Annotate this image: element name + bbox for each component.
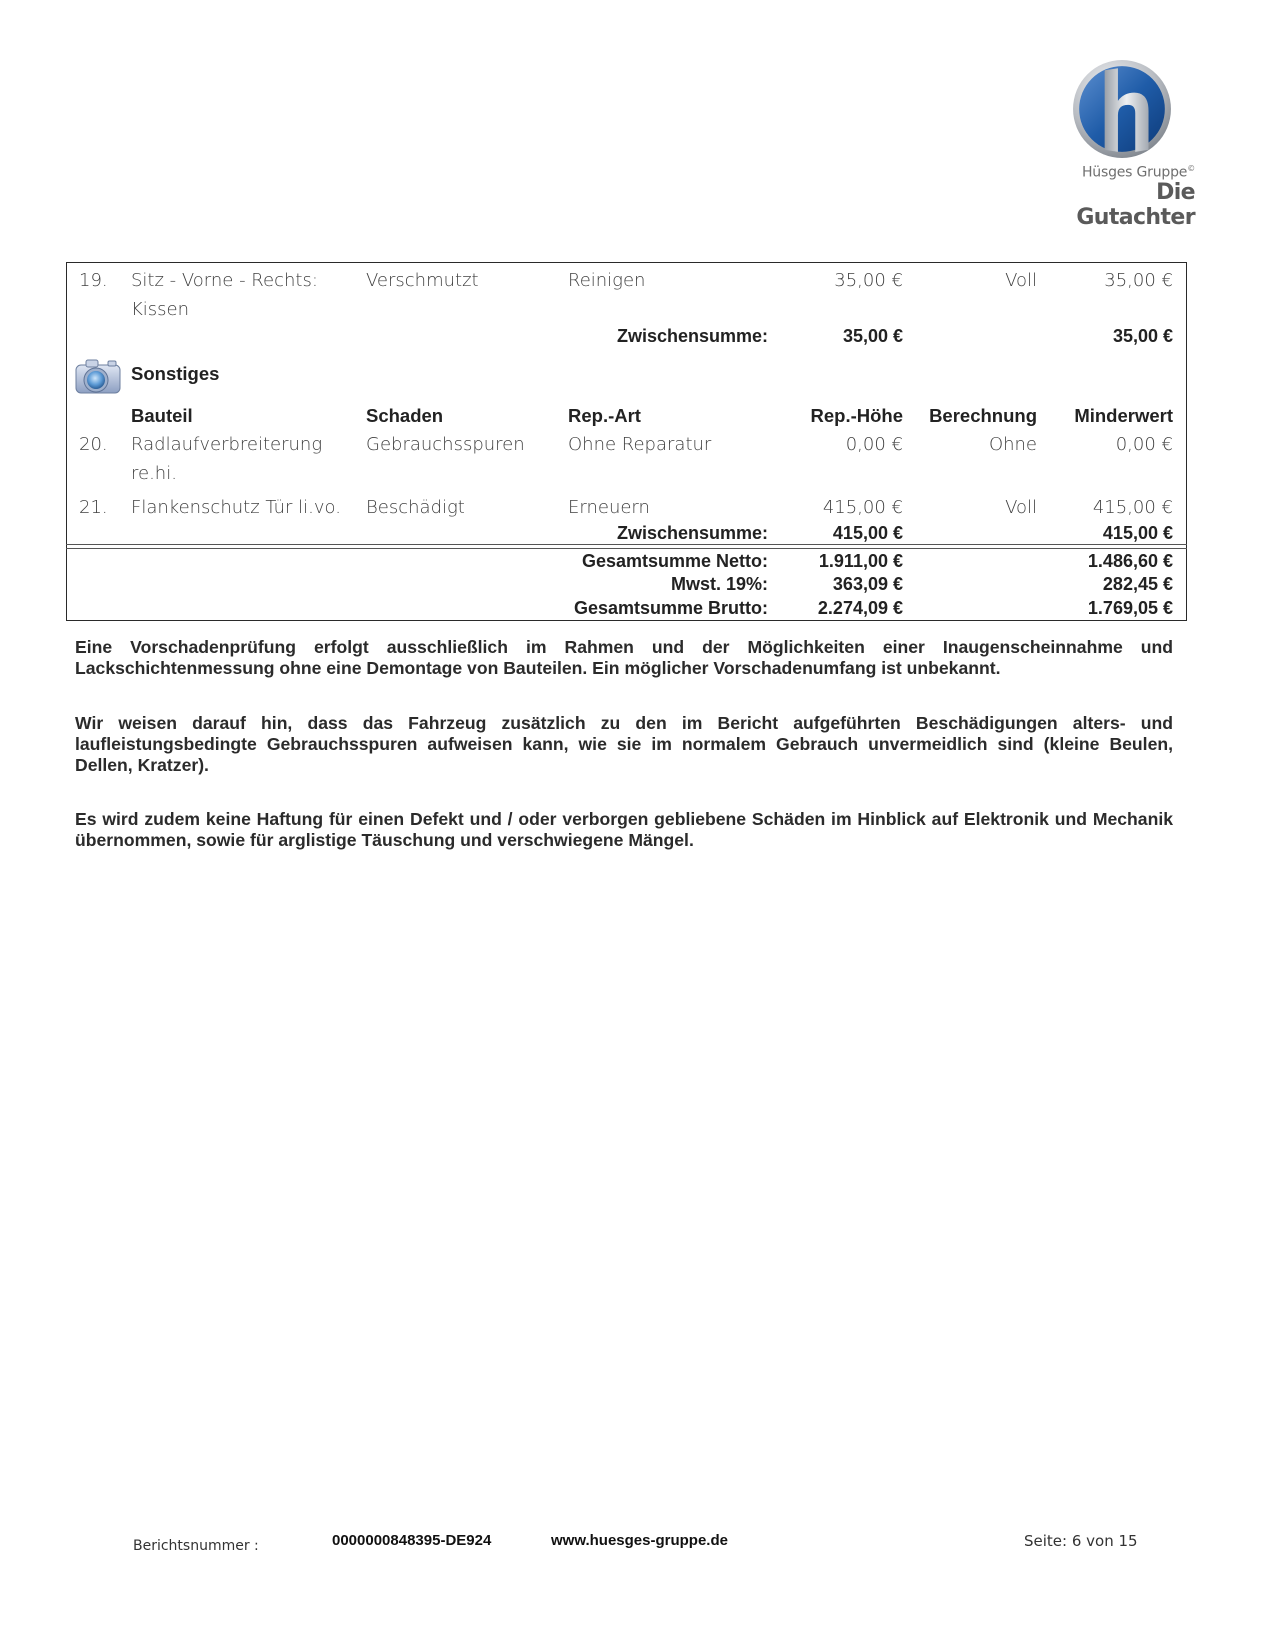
mwst-minderwert: 282,45 €: [1040, 573, 1173, 595]
disclaimer-liability: Es wird zudem keine Haftung für einen De…: [75, 809, 1173, 851]
huesges-h-logo-icon: [1071, 58, 1173, 160]
total-netto-minderwert: 1.486,60 €: [1040, 550, 1173, 572]
minderwert: 415,00 €: [1040, 493, 1173, 522]
page-number: Seite: 6 von 15: [1024, 1532, 1138, 1550]
camera-icon: [74, 356, 122, 396]
total-netto-rep-hoehe: 1.911,00 €: [770, 550, 903, 572]
totals-separator: [66, 544, 1187, 549]
subtotal-minderwert: 35,00 €: [1040, 325, 1173, 347]
report-number: 0000000848395-DE924: [332, 1532, 491, 1549]
column-header-rep-art: Rep.-Art: [568, 401, 641, 430]
section-title: Sonstiges: [131, 361, 219, 387]
bauteil: Sitz - Vorne - Rechts:: [131, 266, 318, 295]
logo-company-line: Hüsges Gruppe: [1082, 165, 1187, 181]
mwst-label: Mwst. 19%:: [500, 573, 768, 595]
subtotal-minderwert: 415,00 €: [1040, 522, 1173, 544]
schaden: Verschmutzt: [366, 266, 479, 295]
column-header-rep-hoehe: Rep.-Höhe: [770, 401, 903, 430]
disclaimer-prior-damage: Eine Vorschadenprüfung erfolgt ausschlie…: [75, 637, 1173, 679]
total-brutto-label: Gesamtsumme Brutto:: [500, 597, 768, 619]
logo-tagline: Die Gutachter: [1039, 180, 1195, 230]
schaden: Beschädigt: [366, 493, 465, 522]
rep-hoehe: 35,00 €: [770, 266, 903, 295]
copyright-mark: ©: [1187, 164, 1195, 173]
berechnung: Voll: [910, 493, 1037, 522]
row-number: 19.: [79, 266, 108, 295]
rep-art: Erneuern: [568, 493, 650, 522]
subtotal-rep-hoehe: 415,00 €: [770, 522, 903, 544]
column-header-berechnung: Berechnung: [905, 401, 1037, 430]
column-header-minderwert: Minderwert: [1040, 401, 1173, 430]
rep-hoehe: 0,00 €: [770, 430, 903, 459]
bauteil: Flankenschutz Tür li.vo.: [131, 493, 341, 522]
total-brutto-rep-hoehe: 2.274,09 €: [770, 597, 903, 619]
rep-hoehe: 415,00 €: [770, 493, 903, 522]
bauteil-continued: Kissen: [131, 295, 189, 324]
subtotal-label: Zwischensumme:: [520, 522, 768, 544]
column-header-schaden: Schaden: [366, 401, 443, 430]
rep-art: Ohne Reparatur: [568, 430, 711, 459]
website-link[interactable]: www.huesges-gruppe.de: [551, 1532, 728, 1549]
total-netto-label: Gesamtsumme Netto:: [500, 550, 768, 572]
rep-art: Reinigen: [568, 266, 645, 295]
minderwert: 0,00 €: [1040, 430, 1173, 459]
berechnung: Voll: [910, 266, 1037, 295]
row-number: 20.: [79, 430, 108, 459]
report-number-label: Berichtsnummer :: [133, 1538, 259, 1554]
schaden: Gebrauchsspuren: [366, 430, 525, 459]
subtotal-rep-hoehe: 35,00 €: [770, 325, 903, 347]
column-header-bauteil: Bauteil: [131, 401, 193, 430]
company-logo: Hüsges Gruppe© Die Gutachter: [1045, 58, 1195, 213]
mwst-rep-hoehe: 363,09 €: [770, 573, 903, 595]
subtotal-label: Zwischensumme:: [520, 325, 768, 347]
total-brutto-minderwert: 1.769,05 €: [1040, 597, 1173, 619]
row-number: 21.: [79, 493, 108, 522]
bauteil-continued: re.hi.: [131, 459, 177, 488]
disclaimer-wear: Wir weisen darauf hin, dass das Fahrzeug…: [75, 713, 1173, 776]
berechnung: Ohne: [910, 430, 1037, 459]
minderwert: 35,00 €: [1040, 266, 1173, 295]
bauteil: Radlaufverbreiterung: [131, 430, 322, 459]
